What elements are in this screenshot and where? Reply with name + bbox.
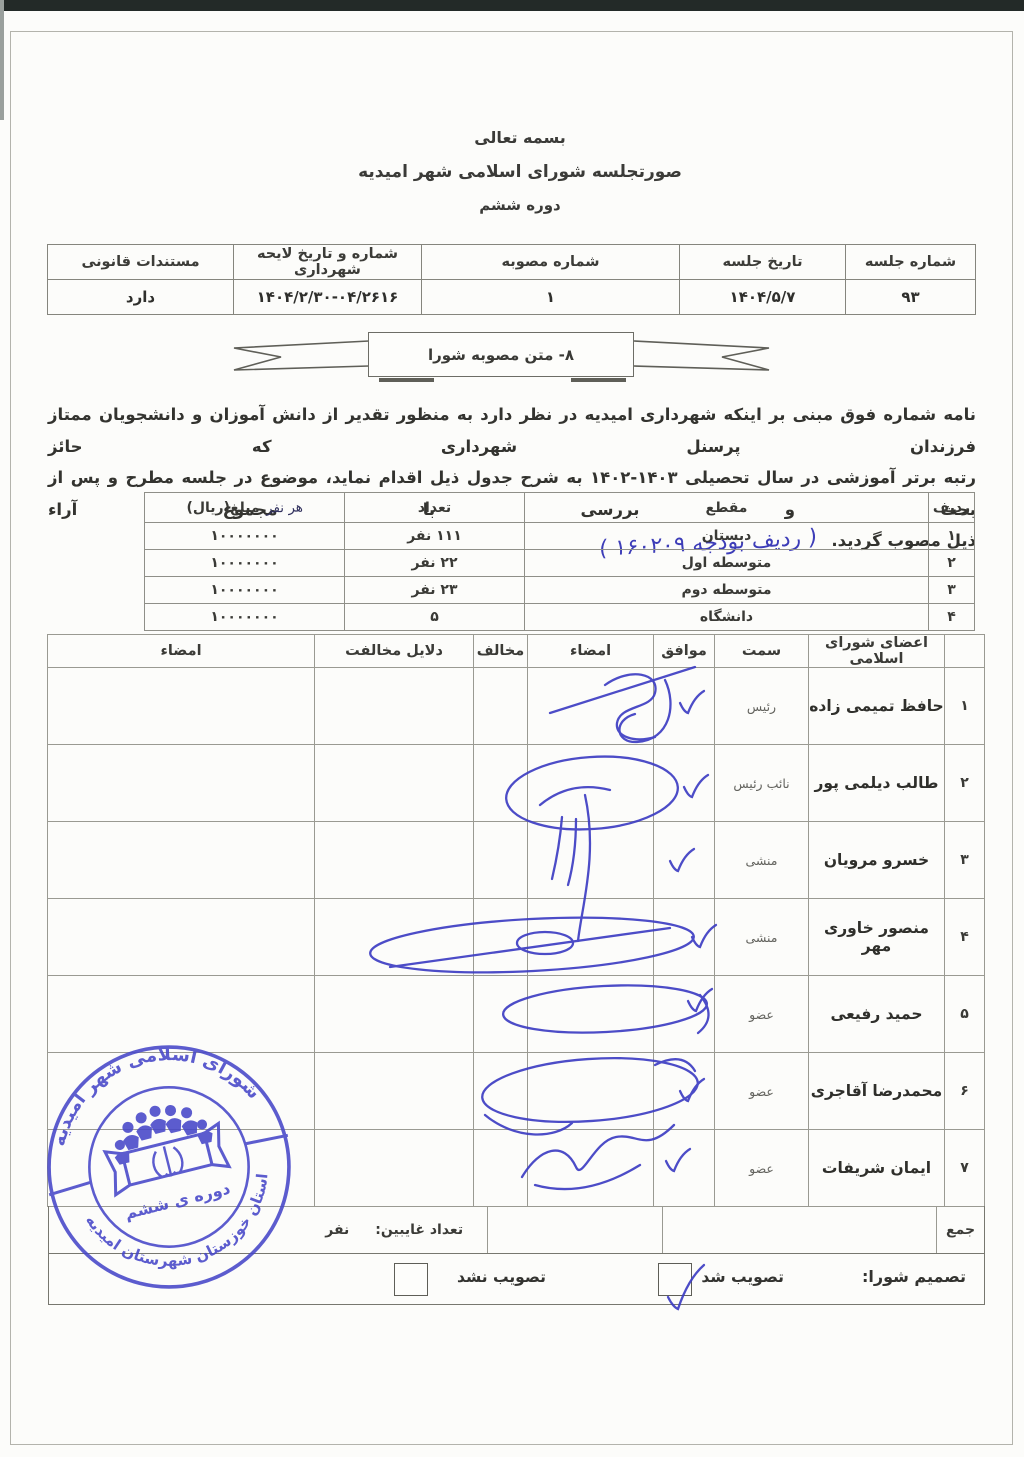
grades-row-amount: ۱۰۰۰۰۰۰۰	[145, 604, 345, 631]
grades-row-num: ۲	[929, 550, 975, 577]
signature2-cell	[48, 1130, 315, 1207]
value-session-date: ۱۴۰۴/۵/۷	[680, 280, 846, 315]
sum-row: جمع تعداد غایبین: نفر	[48, 1206, 985, 1254]
rejected-checkbox[interactable]	[394, 1263, 428, 1296]
member-index: ۱	[945, 668, 985, 745]
header-session-no: شماره جلسه	[846, 245, 976, 280]
scan-edge-left	[0, 0, 4, 120]
agree-cell	[654, 668, 715, 745]
member-position: نائب رئیس	[715, 745, 809, 822]
oppose-cell	[474, 1053, 528, 1130]
oppose-reason-cell	[315, 1130, 474, 1207]
signature-cell	[528, 1053, 654, 1130]
agree-cell	[654, 899, 715, 976]
member-index: ۵	[945, 976, 985, 1053]
member-position: منشی	[715, 822, 809, 899]
members-header-index	[945, 635, 985, 668]
bismillah-line: بسمه تعالی	[0, 128, 1024, 147]
value-legal-docs: دارد	[48, 280, 234, 315]
members-header-position: سمت	[715, 635, 809, 668]
grades-row-num: ۳	[929, 577, 975, 604]
oppose-reason-cell	[315, 745, 474, 822]
signature2-cell	[48, 745, 315, 822]
agree-cell	[654, 745, 715, 822]
agree-cell	[654, 822, 715, 899]
oppose-reason-cell	[315, 976, 474, 1053]
grades-header-count: تعداد	[345, 493, 525, 523]
member-name: خسرو مرویان	[809, 822, 945, 899]
header-session-date: تاریخ جلسه	[680, 245, 846, 280]
signature-cell	[528, 1130, 654, 1207]
agree-cell	[654, 1053, 715, 1130]
member-index: ۶	[945, 1053, 985, 1130]
signature-cell	[528, 668, 654, 745]
oppose-reason-cell	[315, 899, 474, 976]
member-name: حافظ تمیمی زاده	[809, 668, 945, 745]
absentees-cell: تعداد غایبین: نفر	[49, 1206, 487, 1253]
resolution-line-1: نامه شماره فوق مبنی بر اینکه شهرداری امی…	[48, 399, 976, 462]
grades-row-num: ۴	[929, 604, 975, 631]
grades-header-amount: هر نفرمبلغ(ریال)	[145, 493, 345, 523]
member-name: حمید رفیعی	[809, 976, 945, 1053]
member-index: ۲	[945, 745, 985, 822]
grades-row-level: دبستان	[525, 523, 929, 550]
grades-header-row: ردیف	[929, 493, 975, 523]
member-index: ۴	[945, 899, 985, 976]
grades-row-level: متوسطه اول	[525, 550, 929, 577]
member-name: طالب دیلمی پور	[809, 745, 945, 822]
member-position: عضو	[715, 976, 809, 1053]
signature-cell	[528, 822, 654, 899]
oppose-cell	[474, 976, 528, 1053]
value-session-no: ۹۳	[846, 280, 976, 315]
oppose-reason-cell	[315, 822, 474, 899]
grades-row-amount: ۱۰۰۰۰۰۰۰	[145, 523, 345, 550]
decision-label: تصمیم شورا:	[862, 1267, 966, 1286]
document-header: بسمه تعالی صورتجلسه شورای اسلامی شهر امی…	[0, 128, 1024, 214]
approved-checkbox[interactable]	[658, 1263, 692, 1296]
member-position: عضو	[715, 1130, 809, 1207]
absentees-label: تعداد غایبین:	[375, 1222, 463, 1238]
document-title: صورتجلسه شورای اسلامی شهر امیدیه	[0, 162, 1024, 182]
member-index: ۳	[945, 822, 985, 899]
grades-row-count: ۱۱۱ نفر	[345, 523, 525, 550]
rejected-label: تصویب نشد	[457, 1268, 546, 1286]
signature2-cell	[48, 1053, 315, 1130]
oppose-cell	[474, 1130, 528, 1207]
oppose-cell	[474, 822, 528, 899]
members-header-oppose: مخالف	[474, 635, 528, 668]
agree-cell	[654, 1130, 715, 1207]
header-letter-no-date: شماره و تاریخ لایحه شهرداری	[234, 245, 422, 280]
signature-cell	[528, 976, 654, 1053]
signature2-cell	[48, 668, 315, 745]
member-name: منصور خاوری مهر	[809, 899, 945, 976]
session-info-table: شماره جلسه تاریخ جلسه شماره مصوبه شماره …	[47, 244, 976, 315]
members-header-agree: موافق	[654, 635, 715, 668]
handwritten-per-person: هر نفر	[265, 499, 302, 516]
member-name: محمدرضا آقاجری	[809, 1053, 945, 1130]
grades-row-level: دانشگاه	[525, 604, 929, 631]
oppose-cell	[474, 745, 528, 822]
agree-cell	[654, 976, 715, 1053]
header-legal-docs: مستندات قانونی	[48, 245, 234, 280]
member-position: رئیس	[715, 668, 809, 745]
sum-empty-cell	[487, 1206, 662, 1253]
scan-edge-top	[0, 0, 1024, 11]
member-index: ۷	[945, 1130, 985, 1207]
council-term: دوره ششم	[0, 196, 1024, 214]
member-position: عضو	[715, 1053, 809, 1130]
grades-row-level: متوسطه دوم	[525, 577, 929, 604]
grades-table: ردیف مقطع تعداد هر نفرمبلغ(ریال) ۱ دبستا…	[144, 492, 975, 631]
sum-empty-cell	[662, 1206, 936, 1253]
members-header-signature2: امضاء	[48, 635, 315, 668]
member-position: منشی	[715, 899, 809, 976]
decision-row: تصمیم شورا: تصویب شد تصویب نشد	[48, 1254, 985, 1305]
signature-cell	[528, 745, 654, 822]
member-name: ایمان شریفات	[809, 1130, 945, 1207]
value-letter-no-date: ۱۴۰۴/۲/۳۰-۰۴/۲۶۱۶	[234, 280, 422, 315]
signature-cell	[528, 899, 654, 976]
grades-row-count: ۵	[345, 604, 525, 631]
oppose-reason-cell	[315, 668, 474, 745]
grades-row-amount: ۱۰۰۰۰۰۰۰	[145, 577, 345, 604]
members-header-signature: امضاء	[528, 635, 654, 668]
absentees-unit: نفر	[325, 1222, 349, 1238]
resolution-banner: ۸- متن مصوبه شورا	[229, 327, 774, 389]
signature2-cell	[48, 822, 315, 899]
oppose-reason-cell	[315, 1053, 474, 1130]
scanned-council-minutes-page: بسمه تعالی صورتجلسه شورای اسلامی شهر امی…	[0, 0, 1024, 1457]
members-header-name: اعضای شورای اسلامی	[809, 635, 945, 668]
signature2-cell	[48, 899, 315, 976]
approved-label: تصویب شد	[701, 1268, 784, 1286]
oppose-cell	[474, 899, 528, 976]
banner-title: ۸- متن مصوبه شورا	[368, 332, 634, 377]
grades-row-num: ۱	[929, 523, 975, 550]
grades-header-level: مقطع	[525, 493, 929, 523]
sum-label: جمع	[936, 1206, 984, 1253]
header-resolution-no: شماره مصوبه	[422, 245, 680, 280]
grades-row-count: ۲۳ نفر	[345, 577, 525, 604]
grades-row-count: ۲۲ نفر	[345, 550, 525, 577]
oppose-cell	[474, 668, 528, 745]
signature2-cell	[48, 976, 315, 1053]
grades-row-amount: ۱۰۰۰۰۰۰۰	[145, 550, 345, 577]
members-header-oppose-reasons: دلایل مخالفت	[315, 635, 474, 668]
members-vote-table: اعضای شورای اسلامی سمت موافق امضاء مخالف…	[47, 634, 985, 1207]
value-resolution-no: ۱	[422, 280, 680, 315]
